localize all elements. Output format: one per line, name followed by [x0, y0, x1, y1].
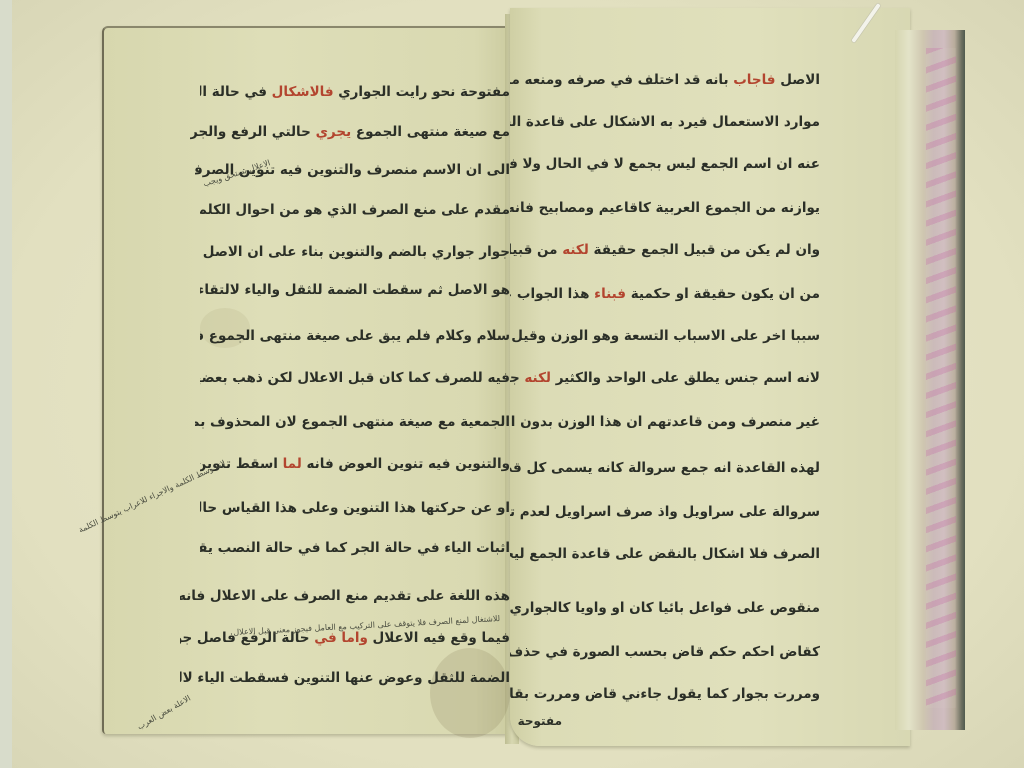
right-line-3: عنه ان اسم الجمع ليس بجمع لا في الحال ول…	[510, 154, 820, 176]
right-line-5: وان لم يكن من قبيل الجمع حقيقة لكنه من ق…	[510, 240, 820, 262]
right-line-14: كقاض احكم حكم قاض بحسب الصورة في حذف الي…	[510, 642, 820, 664]
background-edge	[0, 0, 12, 768]
water-stain	[430, 648, 510, 738]
right-line-7: سببا اخر على الاسباب التسعة وهو الوزن وق…	[510, 326, 820, 348]
rubric-word: واما في	[314, 630, 368, 646]
right-line-11: سروالة على سراويل واذ صرف اسراويل لعدم ت…	[510, 502, 820, 524]
left-line-5: جوار جواري بالضم والتنوين بناء على ان ال…	[200, 242, 510, 264]
left-line-10: والتنوين فيه تنوين العوض فانه لما اسقط ت…	[200, 454, 510, 476]
right-line-8: لانه اسم جنس يطلق على الواحد والكثير لكن…	[510, 368, 820, 390]
right-line-6: من ان يكون حقيقة او حكمية فبناء هذا الجو…	[510, 284, 820, 306]
rubric-word: يجري	[316, 124, 352, 140]
rubric-word: لما	[283, 456, 302, 472]
left-line-8: فيه للصرف كما كان قبل الاعلال لكن ذهب بع…	[200, 368, 510, 390]
left-line-6: هو الاصل ثم سقطت الضمة للثقل والياء لالت…	[200, 280, 510, 302]
rubric-word: فبناء	[594, 286, 626, 302]
right-line-4: يوازنه من الجموع العربية كاقاعيم ومصابيح…	[510, 198, 820, 220]
left-line-14: فيما وقع فيه الاعلال واما في حالة الرفع …	[180, 628, 510, 650]
left-line-9: الجمعية مع صيغة منتهى الجموع لان المحذوف…	[195, 412, 510, 434]
rubric-word: فاجاب	[733, 72, 775, 88]
marbled-edge	[926, 48, 956, 708]
right-line-12: الصرف فلا اشكال بالنقض على قاعدة الجمع ل…	[510, 544, 820, 566]
right-line-13: منقوص على فواعل بائيا كان او واويا كالجو…	[510, 598, 820, 620]
left-line-1: مفتوحة نحو رايت الجواري فالاشكال في حالة…	[200, 82, 510, 104]
right-line-1: الاصل فاجاب بانه قد اختلف في صرفه ومنعه …	[510, 70, 820, 92]
left-line-15: الضمة للثقل وعوض عنها التنوين فسقطت اليا…	[180, 668, 510, 690]
left-line-13: هذه اللغة على تقديم منع الصرف على الاعلا…	[180, 586, 510, 608]
open-manuscript: مفتوحة نحو رايت الجواري فالاشكال في حالة…	[100, 8, 970, 753]
rubric-word: فالاشكال	[272, 84, 334, 100]
catchword: مفتوحة	[518, 714, 562, 728]
left-line-4: مقدم على منع الصرف الذي هو من احوال الكل…	[200, 200, 510, 222]
rubric-word: لكنه	[562, 242, 589, 258]
rubric-word: لكنه	[524, 370, 551, 386]
right-line-2: موارد الاستعمال فيرد به الاشكال على قاعد…	[510, 112, 820, 134]
left-line-12: اثبات الياء في حالة الجر كما في حالة الن…	[200, 538, 510, 560]
left-line-7: سلام وكلام فلم يبق على صيغة منتهى الجموع…	[200, 326, 510, 348]
right-line-15: ومررت بجوار كما يقول جاءني قاض ومررت بقا…	[510, 684, 820, 706]
left-line-11: او عن حركتها هذا التنوين وعلى هذا القياس…	[200, 498, 510, 520]
right-line-9: غير منصرف ومن قاعدتهم ان هذا الوزن بدون …	[510, 412, 820, 434]
left-line-2: مع صيغة منتهى الجموع يجري حالتي الرفع وا…	[190, 122, 510, 144]
right-line-10: لهذه القاعدة انه جمع سروالة كانه يسمى كل…	[510, 458, 820, 480]
